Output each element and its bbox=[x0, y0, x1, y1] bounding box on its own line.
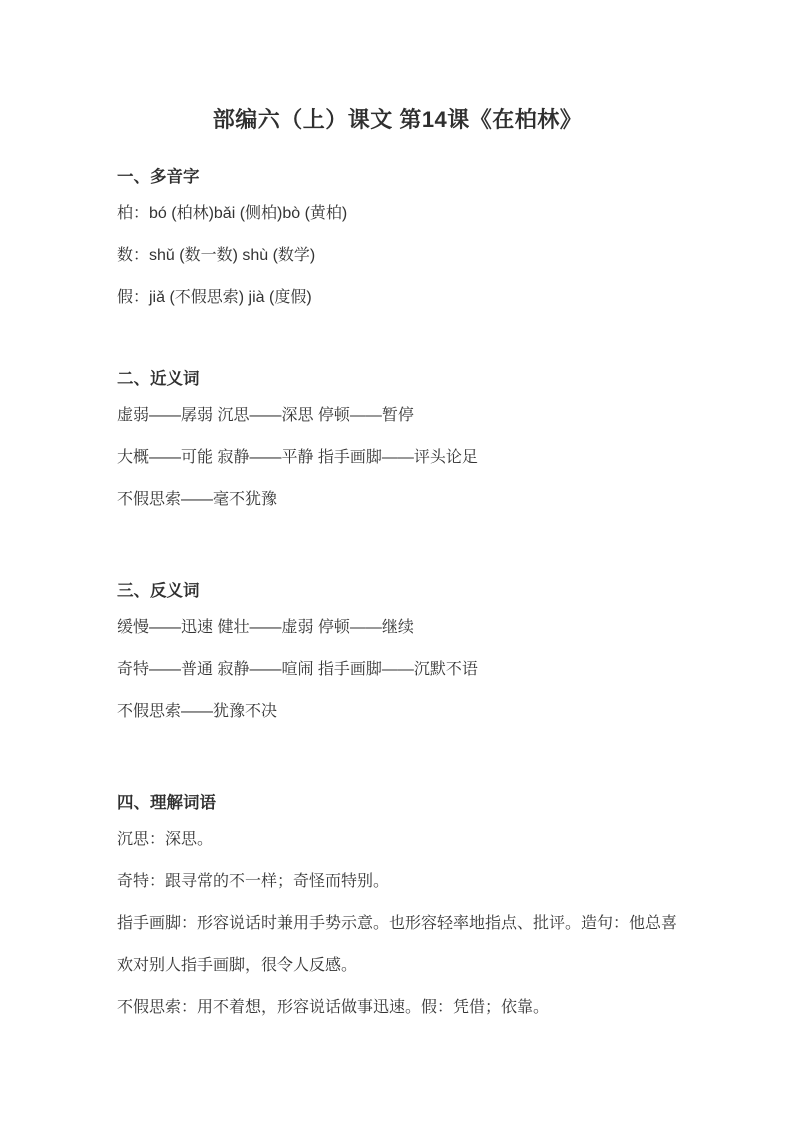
document-page: 部编六（上）课文 第14课《在柏林》 一、多音字 柏：bó (柏林)bǎi (侧… bbox=[0, 0, 793, 1122]
section-heading: 三、反义词 bbox=[117, 581, 678, 601]
section-heading: 四、理解词语 bbox=[117, 793, 678, 813]
section-word-definitions: 四、理解词语 沉思：深思。 奇特：跟寻常的不一样；奇怪而特别。 指手画脚：形容说… bbox=[117, 793, 678, 1029]
synonym-line: 虚弱——孱弱 沉思——深思 停顿——暂停 bbox=[117, 395, 678, 437]
synonym-line: 大概——可能 寂静——平静 指手画脚——评头论足 bbox=[117, 437, 678, 479]
polyphonic-line: 数：shǔ (数一数) shù (数学) bbox=[117, 235, 678, 277]
section-antonyms: 三、反义词 缓慢——迅速 健壮——虚弱 停顿——继续 奇特——普通 寂静——喧闹… bbox=[117, 581, 678, 733]
definition-line: 沉思：深思。 bbox=[117, 819, 678, 861]
antonym-line: 缓慢——迅速 健壮——虚弱 停顿——继续 bbox=[117, 607, 678, 649]
definition-line: 指手画脚：形容说话时兼用手势示意。也形容轻率地指点、批评。造句：他总喜欢对别人指… bbox=[117, 903, 678, 987]
antonym-line: 不假思索——犹豫不决 bbox=[117, 691, 678, 733]
definition-line: 不假思索：用不着想，形容说话做事迅速。假：凭借；依靠。 bbox=[117, 987, 678, 1029]
section-polyphonic-characters: 一、多音字 柏：bó (柏林)bǎi (侧柏)bò (黄柏) 数：shǔ (数一… bbox=[117, 167, 678, 319]
definition-line: 奇特：跟寻常的不一样；奇怪而特别。 bbox=[117, 861, 678, 903]
antonym-line: 奇特——普通 寂静——喧闹 指手画脚——沉默不语 bbox=[117, 649, 678, 691]
polyphonic-line: 柏：bó (柏林)bǎi (侧柏)bò (黄柏) bbox=[117, 193, 678, 235]
section-heading: 一、多音字 bbox=[117, 167, 678, 187]
synonym-line: 不假思索——毫不犹豫 bbox=[117, 479, 678, 521]
section-heading: 二、近义词 bbox=[117, 369, 678, 389]
polyphonic-line: 假：jiǎ (不假思索) jià (度假) bbox=[117, 277, 678, 319]
section-synonyms: 二、近义词 虚弱——孱弱 沉思——深思 停顿——暂停 大概——可能 寂静——平静… bbox=[117, 369, 678, 521]
page-title: 部编六（上）课文 第14课《在柏林》 bbox=[117, 105, 678, 135]
